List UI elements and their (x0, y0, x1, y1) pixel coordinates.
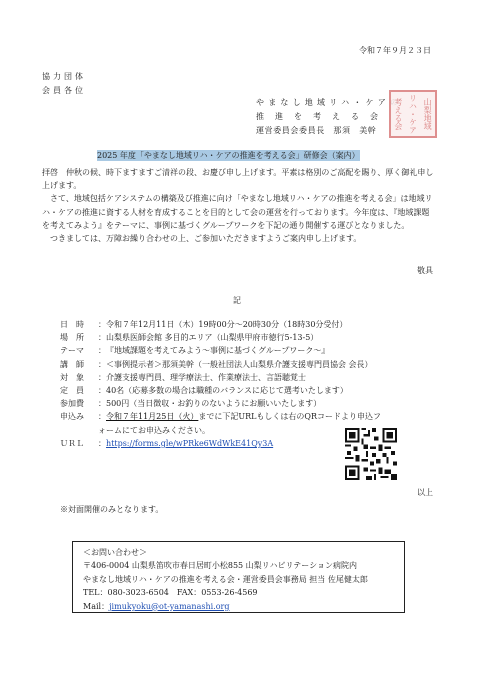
colon: ： (98, 358, 106, 371)
letter-body: 拝啓 仲秋の候、時下ますますご清祥の段、お慶び申し上げます。平素は格別のご高配を… (42, 166, 434, 245)
apply-deadline: 令和７年11月25日（火） (106, 410, 198, 423)
detail-value: 令和７年12月11日（木）19時00分〜20時30分（18時30分受付） (106, 318, 347, 331)
detail-label: 講 師 (60, 358, 98, 371)
detail-label: 対 象 (60, 371, 98, 384)
detail-label: 定 員 (60, 384, 98, 397)
greeting-paragraph: 拝啓 仲秋の候、時下ますますご清祥の段、お慶び申し上げます。平素は格別のご高配を… (42, 166, 434, 192)
colon: ： (98, 437, 106, 450)
seal-text: 山梨地域 (423, 98, 432, 130)
contact-mail-row: Mail：jimukyoku@ot-yamanashi.org (83, 600, 394, 613)
detail-value: 40名（応募多数の場合は職種のバランスに応じて選考いたします） (106, 384, 348, 397)
detail-label: テーマ (60, 344, 98, 357)
purpose-paragraph: さて、地域包括ケアシステムの構築及び推進に向け「やまなし地域リハ・ケアの推進を考… (42, 192, 434, 232)
colon: ： (98, 344, 106, 357)
detail-lecturer: 講 師：＜事例提示者＞那須美幹（一般社団法人山梨県介護支援専門員協会 会長） (60, 358, 381, 371)
closing-keigu: 敬具 (417, 265, 433, 276)
detail-target: 対 象：介護支援専門員、理学療法士、作業療法士、言語聴覚士 (60, 371, 381, 384)
detail-capacity: 定 員：40名（応募多数の場合は職種のバランスに応じて選考いたします） (60, 384, 381, 397)
detail-label: 場 所 (60, 331, 98, 344)
mail-label: Mail： (83, 602, 109, 611)
title-year: 2025 (97, 151, 117, 160)
colon: ： (98, 397, 106, 410)
colon: ： (98, 384, 106, 397)
sender-name: 運営委員会委員長 那須 美幹 (256, 124, 402, 138)
detail-apply: 申込み：令和７年11月25日（火）までに下記URLもしくは右のQRコードより申込… (60, 410, 381, 423)
ki-heading: 記 (233, 295, 241, 306)
detail-value: ォームにてお申込みください。 (98, 424, 210, 437)
detail-label: 申込み (60, 410, 98, 423)
contact-heading: ＜お問い合わせ＞ (83, 546, 394, 559)
addressee-line-2: 会員各位 (42, 84, 86, 98)
colon: ： (98, 331, 106, 344)
contact-address: 〒406-0004 山梨県笛吹市春日居町小松855 山梨リハビリテーション病院内 (83, 559, 394, 572)
request-paragraph: つきましては、万障お繰り合わせの上、ご参加いただきますようご案内申し上げます。 (42, 232, 434, 245)
detail-value: 山梨県医師会館 多目的エリア（山梨県甲府市徳行5-13-5） (106, 331, 318, 344)
detail-label: 日 時 (60, 318, 98, 331)
seal-text: 考える会 (394, 98, 403, 130)
detail-value: 『地域課題を考えてみよう〜事例に基づくグループワーク〜』 (106, 344, 329, 357)
detail-value: ＜事例提示者＞那須美幹（一般社団法人山梨県介護支援専門員協会 会長） (106, 358, 373, 371)
addressee: 協力団体 会員各位 (42, 70, 86, 98)
seal-stamp-icon: 考える会 リハ・ケア 山梨地域 (389, 90, 437, 138)
end-mark: 以上 (417, 487, 433, 498)
detail-url: ＵＲＬ：https://forms.gle/wPRke6WdWkE41Qy3A (60, 437, 381, 450)
detail-datetime: 日 時：令和７年12月11日（木）19時00分〜20時30分（18時30分受付） (60, 318, 381, 331)
colon: ： (98, 410, 106, 423)
sender: やまなし地域リハ・ケアの 推進を考える会 運営委員会委員長 那須 美幹 (256, 96, 402, 138)
sender-org-line-2: 推進を考える会 (256, 110, 402, 124)
document-title: 2025 年度「やまなし地域リハ・ケアの推進を考える会」研修会（案内） (97, 150, 360, 161)
registration-url-link[interactable]: https://forms.gle/wPRke6WdWkE41Qy3A (106, 437, 273, 450)
contact-email-link[interactable]: jimukyoku@ot-yamanashi.org (109, 602, 229, 611)
contact-office: やまなし地域リハ・ケアの推進を考える会・運営委員会事務局 担当 佐尾健太郎 (83, 573, 394, 586)
detail-fee: 参加費：500円（当日徴収・お釣りのないようにお願いいたします） (60, 397, 381, 410)
detail-theme: テーマ：『地域課題を考えてみよう〜事例に基づくグループワーク〜』 (60, 344, 381, 357)
qr-code-icon[interactable] (345, 428, 397, 480)
detail-value: 500円（当日徴収・お釣りのないようにお願いいたします） (106, 397, 321, 410)
document-date: 令和７年９月２３日 (359, 45, 431, 56)
detail-value: 介護支援専門員、理学療法士、作業療法士、言語聴覚士 (106, 371, 306, 384)
detail-value: までに下記URLもしくは右のQRコードより申込フ (198, 410, 381, 423)
detail-label: ＵＲＬ (60, 437, 98, 450)
colon: ： (98, 318, 106, 331)
contact-phone: TEL：080-3023-6504 FAX：0553-26-4569 (83, 586, 394, 599)
sender-org-line-1: やまなし地域リハ・ケアの (256, 96, 402, 110)
detail-place: 場 所：山梨県医師会館 多目的エリア（山梨県甲府市徳行5-13-5） (60, 331, 381, 344)
addressee-line-1: 協力団体 (42, 70, 86, 84)
colon: ： (98, 371, 106, 384)
detail-apply-cont: ォームにてお申込みください。 (60, 424, 381, 437)
contact-box: ＜お問い合わせ＞ 〒406-0004 山梨県笛吹市春日居町小松855 山梨リハビ… (72, 541, 405, 613)
detail-label: 参加費 (60, 397, 98, 410)
title-text: 年度「やまなし地域リハ・ケアの推進を考える会」研修会（案内） (120, 151, 360, 160)
event-details: 日 時：令和７年12月11日（木）19時00分〜20時30分（18時30分受付）… (60, 318, 381, 450)
seal-text: リハ・ケア (408, 94, 417, 134)
in-person-note: ※対面開催のみとなります。 (60, 504, 163, 515)
